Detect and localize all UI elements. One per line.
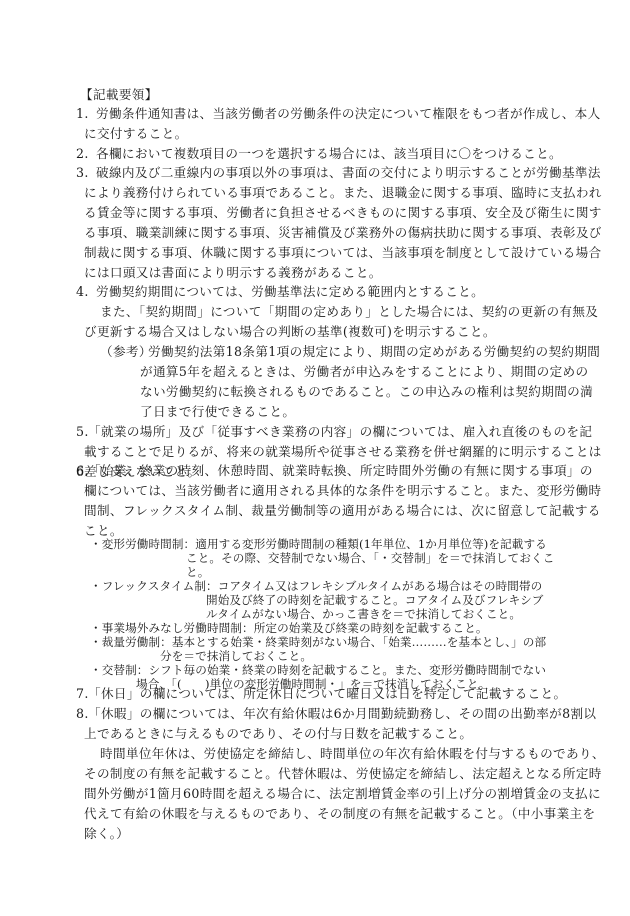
bullet-line: ・変形労働時間制：適用する変形労働時間制の種類(1年単位、1か月単位等)を記載す… (90, 537, 547, 551)
item-number: 1. (76, 106, 89, 122)
item-text-line: 載することで足りるが、将来の就業場所や従事させる業務を併せ網羅的に明示することは (84, 444, 602, 460)
item-text-line: には口頭又は書面により明示する義務があること。 (84, 265, 382, 281)
section-heading: 【記載要領】 (80, 87, 158, 103)
item-text-line: 「始業、終業の時刻、休憩時間、就業時転換、所定時間外労働の有無に関する事項」の (88, 463, 593, 479)
item-text-line: 各欄において複数項目の一つを選択する場合には、該当項目に〇をつけること。 (96, 146, 562, 162)
bullet-line: ・裁量労働制：基本とする始業・終業時刻がない場合、「始業………を基本とし、」の部 (90, 635, 546, 649)
item-text-line: 「休暇」の欄については、年次有給休暇は6か月間勤続勤務し、その間の出勤率が8割以 (88, 706, 596, 722)
bullet-line: ルタイムがない場合、かっこ書きを＝で抹消しておくこと。 (206, 607, 521, 621)
bullet-line: と。 (186, 565, 209, 579)
document-page: 【記載要領】 1. 労働条件通知書は、当該労働者の労働条件の決定について権限をも… (0, 0, 630, 916)
reference-label: （参考） (100, 344, 152, 360)
item-number: 2. (76, 146, 89, 162)
item-text-line: る賃金等に関する事項、労働者に負担させるべきものに関する事項、安全及び衛生に関す (84, 205, 602, 221)
item-text-line: また、「契約期間」について「期間の定めあり」とした場合には、契約の更新の有無及 (100, 304, 598, 320)
item-text-line: 間外労働が1箇月60時間を超える場合に、法定割増賃金率の引上げ分の割増賃金の支払… (84, 786, 601, 802)
item-number: 4. (76, 284, 89, 300)
item-text-line: 労働条件通知書は、当該労働者の労働条件の決定について権限をもつ者が作成し、本人 (96, 106, 601, 122)
reference-text-line: が通算5年を超えるときは、労働者が申込みをすることにより、期間の定めの (140, 364, 588, 380)
item-text-line: により義務付けられている事項であること。また、退職金に関する事項、臨時に支払われ (84, 185, 602, 201)
item-number: 5. (76, 424, 89, 440)
item-text-line: 破線内及び二重線内の事項以外の事項は、書面の交付により明示することが労働基準法 (96, 165, 601, 181)
item-text-line: 除く。） (84, 826, 129, 842)
bullet-line: こと。その際、交替制でない場合、「・交替制」を＝で抹消しておくこ (186, 551, 554, 565)
item-text-line: 上であるときに与えるものであり、その付与日数を記載すること。 (84, 726, 472, 742)
bullet-line: 分を＝で抹消しておくこと。 (160, 649, 312, 663)
item-text-line: その制度の有無を記載すること。代替休暇は、労使協定を締結し、法定超えとなる所定時 (84, 766, 602, 782)
item-text-line: 時間単位年休は、労使協定を締結し、時間単位の年次有給休暇を付与するものであり、 (100, 746, 605, 762)
item-number: 3. (76, 165, 89, 181)
item-number: 8. (76, 706, 89, 722)
item-text-line: 労働契約期間については、労働基準法に定める範囲内とすること。 (96, 284, 484, 300)
bullet-line: 開始及び終了の時刻を記載すること。コアタイム及びフレキシブ (206, 593, 544, 607)
item-number: 7. (76, 686, 89, 702)
item-text-line: 間制、フレックスタイム制、裁量労働制等の適用がある場合には、次に留意して記載する (84, 503, 601, 519)
item-text-line: 代えて有給の休暇を与えるものであり、その制度の有無を記載すること。（中小事業主を (84, 806, 595, 822)
reference-text-line: 了日まで行使できること。 (140, 404, 295, 420)
item-text-line: び更新する場合又はしない場合の判断の基準(複数可)を明示すること。 (84, 324, 496, 340)
item-text-line: 制裁に関する事項、休職に関する事項については、当該事項を制度として設けている場合 (84, 245, 602, 261)
item-text-line: に交付すること。 (84, 126, 188, 142)
item-text-line: 欄については、当該労働者に適用される具体的な条件を明示すること。また、変形労働時 (84, 483, 602, 499)
bullet-line: ・事業場外みなし労働時間制：所定の始業及び終業の時刻を記載すること。 (90, 621, 488, 635)
item-text-line: る事項、職業訓練に関する事項、災害補償及び業務外の傷病扶助に関する事項、表彰及び (84, 225, 602, 241)
item-number: 6. (76, 463, 89, 479)
reference-text-line: 労働契約法第18条第1項の規定により、期間の定めがある労働契約の契約期間 (148, 344, 600, 360)
bullet-line: ・交替制：シフト毎の始業・終業の時刻を記載すること。また、変形労働時間制でない (90, 663, 546, 677)
bullet-line: ・フレックスタイム制：コアタイム又はフレキシブルタイムがある場合はその時間帯の (90, 579, 542, 593)
item-text-line: 「休日」の欄については、所定休日について曜日又は日を特定して記載すること。 (88, 686, 566, 702)
reference-text-line: ない労働契約に転換されるものであること。この申込みの権利は契約期間の満 (140, 384, 593, 400)
item-text-line: 「就業の場所」及び「従事すべき業務の内容」の欄については、雇入れ直後のものを記 (88, 424, 592, 440)
